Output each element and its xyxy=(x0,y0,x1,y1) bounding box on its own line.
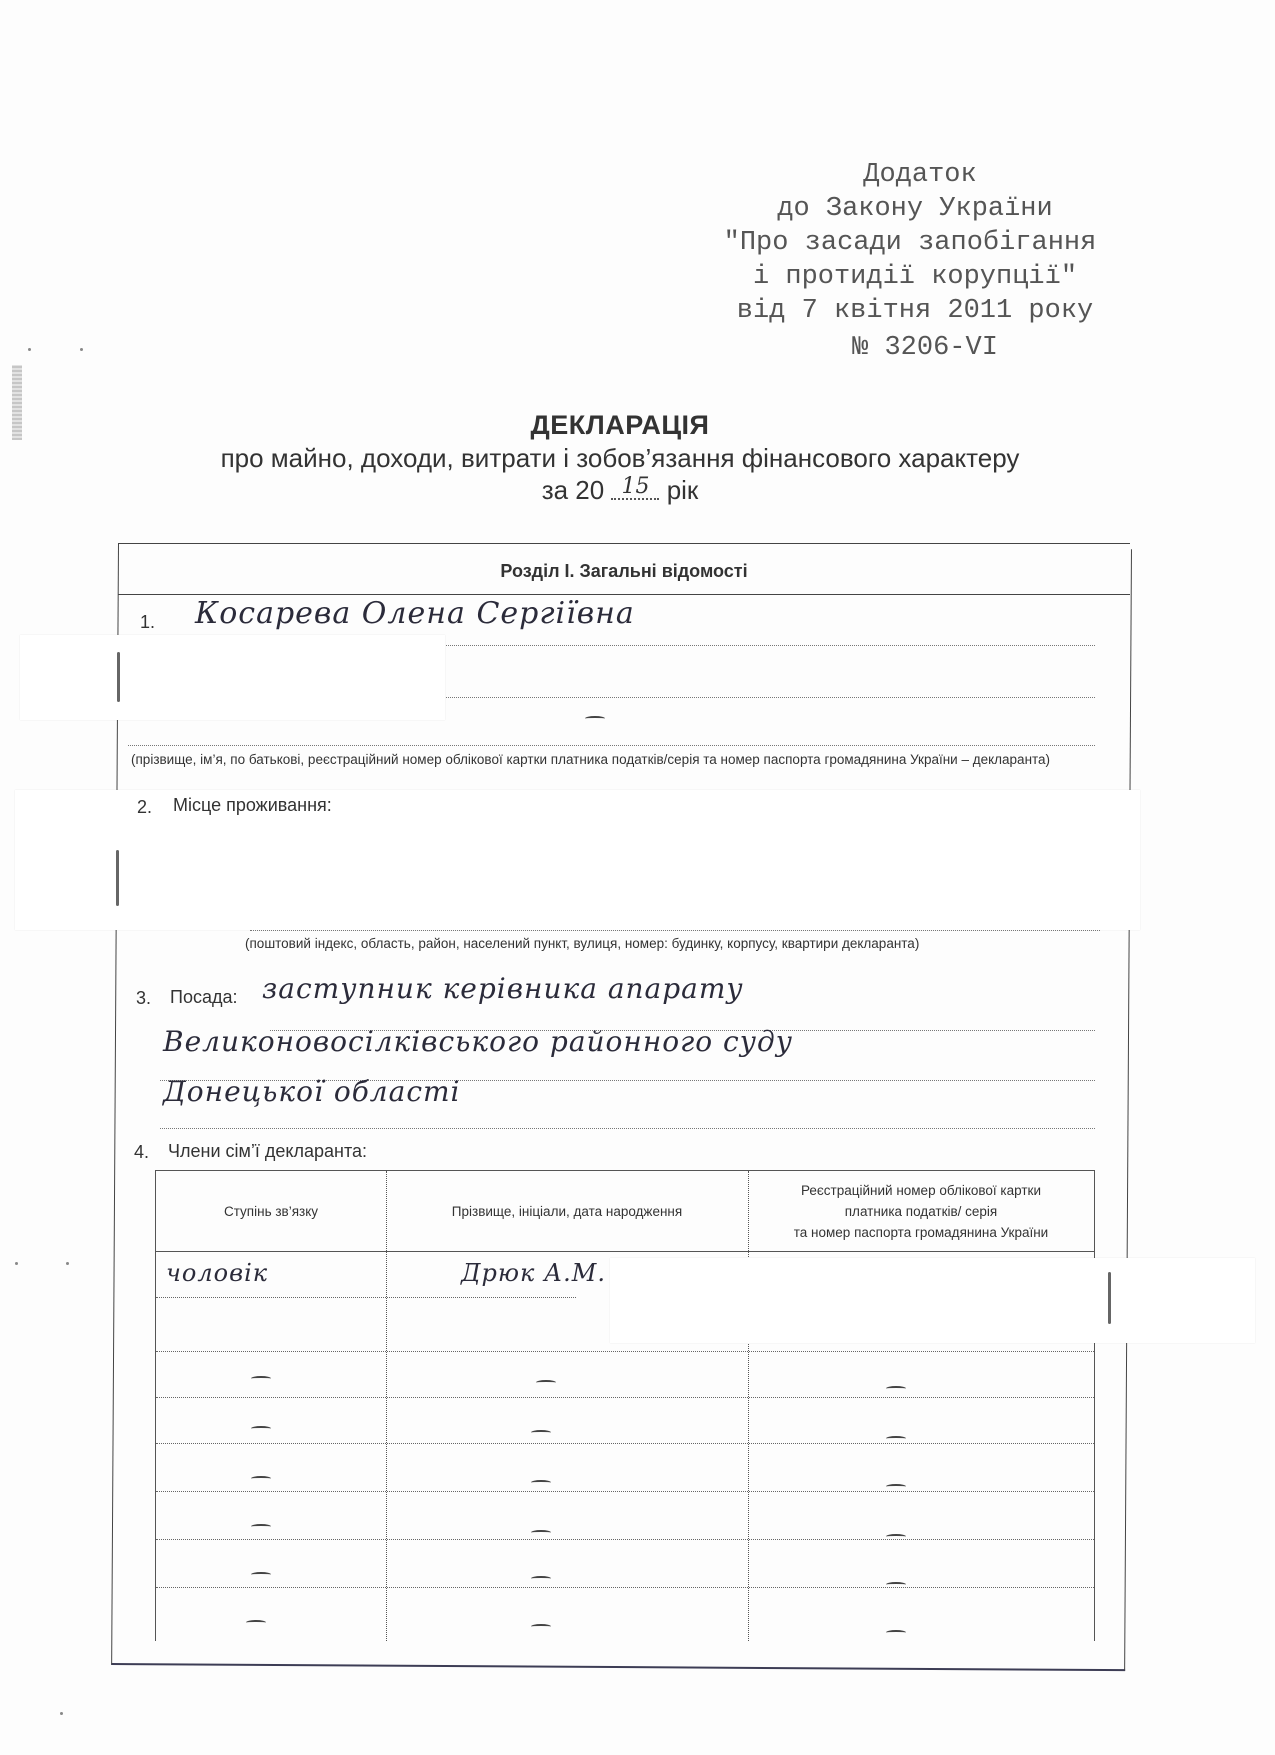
header-text: Прізвище, ініціали, дата народження xyxy=(452,1201,682,1222)
relation-cell: – xyxy=(251,1415,271,1433)
year-suffix: рік xyxy=(667,475,699,505)
appendix-line: "Про засади запобігання xyxy=(680,226,1140,260)
column-header-name: Прізвище, ініціали, дата народження xyxy=(386,1171,748,1251)
name-cell: – xyxy=(536,1369,556,1387)
appendix-line: і протидії корупції" xyxy=(680,260,1140,294)
law-appendix-reference: Додаток до Закону України "Про засади за… xyxy=(680,158,1140,365)
field-line xyxy=(128,745,1095,746)
document-title-block: ДЕКЛАРАЦІЯ про майно, доходи, витрати і … xyxy=(170,408,1070,506)
row-divider xyxy=(156,1491,1094,1492)
staple-mark xyxy=(1108,1272,1111,1324)
header-text: та номер паспорта громадянина України xyxy=(794,1222,1048,1243)
position-line-3[interactable]: Донецької області xyxy=(163,1075,461,1108)
header-divider xyxy=(156,1251,1094,1252)
appendix-line: до Закону України xyxy=(680,192,1140,226)
field-line xyxy=(250,930,1100,931)
section-header: Розділ I. Загальні відомості xyxy=(118,548,1130,595)
item-number: 1. xyxy=(140,612,155,633)
declaration-year: за 20 15 рік xyxy=(170,474,1070,506)
scan-speck xyxy=(28,348,31,351)
id-cell: – xyxy=(886,1571,906,1589)
item-number: 2. xyxy=(137,797,152,818)
relation-cell: – xyxy=(251,1365,271,1383)
year-field[interactable]: 15 xyxy=(611,476,659,500)
redaction-patch xyxy=(20,635,445,720)
row-divider xyxy=(156,1297,576,1298)
position-label: Посада: xyxy=(170,987,237,1008)
name-cell: – xyxy=(531,1469,551,1487)
relation-cell: – xyxy=(251,1465,271,1483)
position-line-1[interactable]: заступник керівника апарату xyxy=(262,972,744,1005)
column-divider xyxy=(748,1171,749,1641)
relation-cell: чоловік xyxy=(166,1259,366,1287)
name-cell: – xyxy=(531,1565,551,1583)
document-title: ДЕКЛАРАЦІЯ xyxy=(170,408,1070,442)
family-members-table: Ступінь зв’язку Прізвище, ініціали, дата… xyxy=(155,1170,1095,1641)
name-cell: – xyxy=(531,1613,551,1631)
row-divider xyxy=(156,1443,1094,1444)
year-prefix: за 20 xyxy=(542,475,605,505)
id-cell: – xyxy=(886,1425,906,1443)
relation-cell: – xyxy=(246,1609,266,1627)
item2-caption: (поштовий індекс, область, район, населе… xyxy=(245,936,919,951)
row-divider xyxy=(156,1539,1094,1540)
scan-speck xyxy=(80,348,83,351)
staple-mark xyxy=(116,850,119,906)
column-divider xyxy=(386,1171,387,1641)
empty-value-dash xyxy=(585,708,605,726)
relation-cell: – xyxy=(251,1561,271,1579)
position-line-2[interactable]: Великоновосілківського районного суду xyxy=(163,1025,793,1058)
column-header-id: Реєстраційний номер облікової картки пла… xyxy=(748,1171,1094,1251)
appendix-line: від 7 квітня 2011 року xyxy=(680,294,1140,328)
appendix-line: Додаток xyxy=(680,158,1140,192)
header-text: платника податків/ серія xyxy=(845,1201,998,1222)
residence-label: Місце проживання: xyxy=(173,795,332,816)
relation-cell: – xyxy=(251,1513,271,1531)
id-cell: – xyxy=(886,1523,906,1541)
header-text: Ступінь зв’язку xyxy=(224,1201,318,1222)
name-cell: – xyxy=(531,1519,551,1537)
item-number: 3. xyxy=(136,988,151,1009)
staple-mark xyxy=(117,652,120,702)
family-members-label: Члени сім’ї декларанта: xyxy=(168,1141,367,1162)
scan-speck xyxy=(15,1262,18,1265)
scan-artifact xyxy=(12,365,22,440)
header-text: Реєстраційний номер облікової картки xyxy=(801,1180,1041,1201)
row-divider xyxy=(156,1351,1094,1352)
row-divider xyxy=(156,1587,1094,1588)
row-divider xyxy=(156,1397,1094,1398)
field-line xyxy=(160,1128,1095,1129)
id-cell: – xyxy=(886,1473,906,1491)
item1-caption: (прізвище, ім’я, по батькові, реєстрацій… xyxy=(131,752,1050,767)
name-cell: – xyxy=(531,1419,551,1437)
id-cell: – xyxy=(886,1619,906,1637)
id-cell: – xyxy=(886,1375,906,1393)
item-number: 4. xyxy=(134,1142,149,1163)
declarant-name-field[interactable]: Косарева Олена Сергіївна xyxy=(195,596,635,631)
appendix-line: № 3206-VI xyxy=(680,331,1140,365)
scan-speck xyxy=(66,1262,69,1265)
document-subtitle: про майно, доходи, витрати і зобов’язанн… xyxy=(170,442,1070,474)
redaction-patch xyxy=(610,1258,1255,1343)
column-header-relation: Ступінь зв’язку xyxy=(156,1171,386,1251)
scan-speck xyxy=(60,1712,63,1715)
